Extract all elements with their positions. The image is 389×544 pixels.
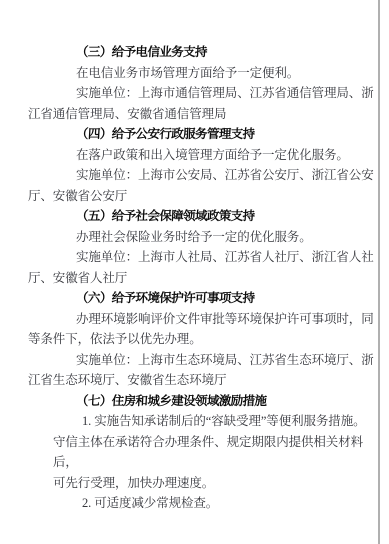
section-heading-text: （七）住房和城乡建设领域激励措施 [75, 391, 266, 412]
document-page: （三）给予电信业务支持在电信业务市场管理方面给予一定便利。实施单位：上海市通信管… [0, 0, 389, 544]
document-body: （三）给予电信业务支持在电信业务市场管理方面给予一定便利。实施单位：上海市通信管… [0, 0, 389, 544]
section-heading: （四）给予公安行政服务管理支持 [28, 124, 381, 145]
section-heading-text: （三）给予电信业务支持 [75, 42, 207, 63]
paragraph: 2. 可适度减少常规检查。 [53, 493, 381, 514]
section-heading-text: （六）给予环境保护许可事项支持 [75, 288, 255, 309]
section-heading: （五）给予社会保障领域政策支持 [28, 206, 381, 227]
section-heading: （六）给予环境保护许可事项支持 [28, 288, 381, 309]
section: （七）住房和城乡建设领域激励措施1. 实施告知承诺制后的“容缺受理”等便利服务措… [28, 391, 381, 514]
paragraph: 在电信业务市场管理方面给予一定便利。 [28, 63, 381, 84]
page-edge-line [378, 0, 380, 544]
paragraph: 办理社会保险业务时给予一定的优化服务。 [28, 227, 381, 248]
paragraph: 1. 实施告知承诺制后的“容缺受理”等便利服务措施。 守信主体在承诺符合办理条件… [53, 411, 381, 493]
section: （三）给予电信业务支持在电信业务市场管理方面给予一定便利。实施单位：上海市通信管… [28, 42, 381, 124]
paragraph: 办理环境影响评价文件审批等环境保护许可事项时，同 等条件下，依法予以优先办理。 [28, 309, 381, 350]
paragraph: 实施单位：上海市通信管理局、江苏省通信管理局、浙 江省通信管理局、安徽省通信管理… [28, 83, 381, 124]
section-heading: （三）给予电信业务支持 [28, 42, 381, 63]
section-heading-text: （五）给予社会保障领域政策支持 [75, 206, 255, 227]
paragraph: 在落户政策和出入境管理方面给予一定优化服务。 [28, 145, 381, 166]
paragraph: 实施单位：上海市生态环境局、江苏省生态环境厅、浙 江省生态环境厅、安徽省生态环境… [28, 350, 381, 391]
section: （四）给予公安行政服务管理支持在落户政策和出入境管理方面给予一定优化服务。实施单… [28, 124, 381, 206]
section-heading-text: （四）给予公安行政服务管理支持 [75, 124, 255, 145]
section: （五）给予社会保障领域政策支持办理社会保险业务时给予一定的优化服务。实施单位：上… [28, 206, 381, 288]
paragraph: 实施单位：上海市人社局、江苏省人社厅、浙江省人社 厅、安徽省人社厅 [28, 247, 381, 288]
paragraph: 实施单位：上海市公安局、江苏省公安厅、浙江省公安 厅、安徽省公安厅 [28, 165, 381, 206]
section: （六）给予环境保护许可事项支持办理环境影响评价文件审批等环境保护许可事项时，同 … [28, 288, 381, 391]
section-heading: （七）住房和城乡建设领域激励措施 [28, 391, 381, 412]
